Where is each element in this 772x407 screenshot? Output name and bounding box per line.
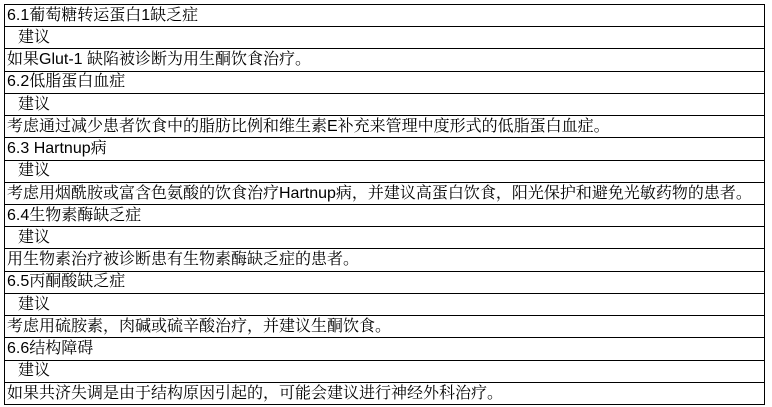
recommendation-row: 用生物素治疗被诊断患有生物素酶缺乏症的患者。 — [5, 249, 765, 271]
advice-label-row: 建议 — [5, 360, 765, 382]
advice-label: 建议 — [5, 160, 765, 182]
section-title-row: 6.4生物素酶缺乏症 — [5, 204, 765, 226]
section-title: 6.3 Hartnup病 — [5, 138, 765, 160]
advice-label-row: 建议 — [5, 293, 765, 315]
advice-label-row: 建议 — [5, 27, 765, 49]
section-title: 6.1葡萄糖转运蛋白1缺乏症 — [5, 5, 765, 27]
advice-label: 建议 — [5, 293, 765, 315]
advice-label: 建议 — [5, 227, 765, 249]
recommendation-text: 如果Glut-1 缺陷被诊断为用生酮饮食治疗。 — [5, 49, 765, 71]
recommendation-text: 考虑用烟酰胺或富含色氨酸的饮食治疗Hartnup病，并建议高蛋白饮食，阳光保护和… — [5, 182, 765, 204]
recommendation-row: 考虑用烟酰胺或富含色氨酸的饮食治疗Hartnup病，并建议高蛋白饮食，阳光保护和… — [5, 182, 765, 204]
section-title: 6.5丙酮酸缺乏症 — [5, 271, 765, 293]
section-title-row: 6.5丙酮酸缺乏症 — [5, 271, 765, 293]
section-title: 6.2低脂蛋白血症 — [5, 71, 765, 93]
advice-label-row: 建议 — [5, 93, 765, 115]
recommendation-text: 用生物素治疗被诊断患有生物素酶缺乏症的患者。 — [5, 249, 765, 271]
section-title: 6.6结构障碍 — [5, 338, 765, 360]
section-title: 6.4生物素酶缺乏症 — [5, 204, 765, 226]
section-title-row: 6.1葡萄糖转运蛋白1缺乏症 — [5, 5, 765, 27]
advice-label-row: 建议 — [5, 227, 765, 249]
recommendation-text: 考虑通过减少患者饮食中的脂肪比例和维生素E补充来管理中度形式的低脂蛋白血症。 — [5, 116, 765, 138]
advice-label-row: 建议 — [5, 160, 765, 182]
recommendation-row: 如果Glut-1 缺陷被诊断为用生酮饮食治疗。 — [5, 49, 765, 71]
advice-label: 建议 — [5, 360, 765, 382]
advice-label: 建议 — [5, 27, 765, 49]
recommendation-row: 如果共济失调是由于结构原因引起的，可能会建议进行神经外科治疗。 — [5, 382, 765, 404]
guideline-sections-table: 6.1葡萄糖转运蛋白1缺乏症 建议 如果Glut-1 缺陷被诊断为用生酮饮食治疗… — [4, 4, 765, 405]
section-title-row: 6.6结构障碍 — [5, 338, 765, 360]
advice-label: 建议 — [5, 93, 765, 115]
section-title-row: 6.3 Hartnup病 — [5, 138, 765, 160]
recommendation-row: 考虑通过减少患者饮食中的脂肪比例和维生素E补充来管理中度形式的低脂蛋白血症。 — [5, 116, 765, 138]
recommendation-row: 考虑用硫胺素，肉碱或硫辛酸治疗，并建议生酮饮食。 — [5, 316, 765, 338]
recommendation-text: 考虑用硫胺素，肉碱或硫辛酸治疗，并建议生酮饮食。 — [5, 316, 765, 338]
section-title-row: 6.2低脂蛋白血症 — [5, 71, 765, 93]
recommendation-text: 如果共济失调是由于结构原因引起的，可能会建议进行神经外科治疗。 — [5, 382, 765, 404]
